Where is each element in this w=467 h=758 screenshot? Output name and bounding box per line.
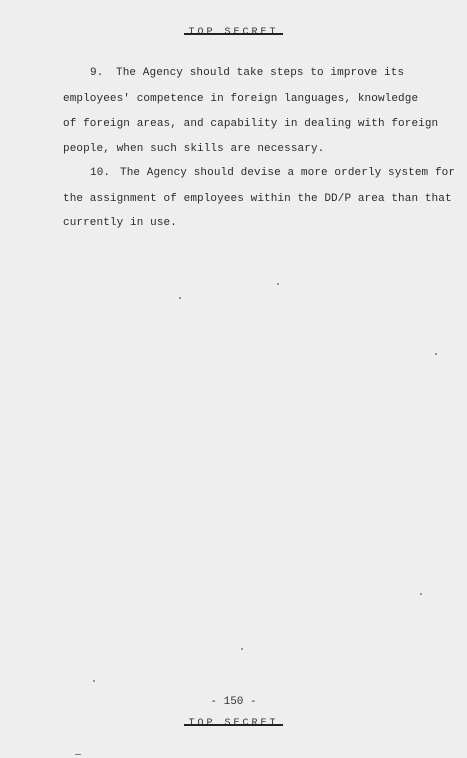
paragraph-line: The Agency should devise a more orderly … [120, 167, 455, 179]
page-number: - 150 - [0, 696, 467, 708]
speck [75, 754, 81, 755]
paragraph-line: people, when such skills are necessary. [63, 143, 324, 155]
speck [93, 680, 95, 682]
classification-footer-text: TOP SECRET [184, 718, 282, 729]
classification-header-text: TOP SECRET [184, 27, 282, 38]
paragraph-line: employees' competence in foreign languag… [63, 93, 418, 105]
speck [420, 593, 422, 595]
speck [435, 353, 437, 355]
paragraph-number: 10. [90, 167, 110, 179]
paragraph-number: 9. [90, 67, 103, 79]
classification-footer: TOP SECRET [0, 718, 467, 729]
speck [179, 297, 181, 299]
paragraph-line: currently in use. [63, 217, 177, 229]
paragraph-line: of foreign areas, and capability in deal… [63, 118, 438, 130]
document-page: TOP SECRET 9. The Agency should take ste… [0, 0, 467, 758]
classification-header: TOP SECRET [0, 27, 467, 38]
paragraph-line: the assignment of employees within the D… [63, 193, 452, 205]
speck [277, 283, 279, 285]
paragraph-line: The Agency should take steps to improve … [116, 67, 404, 79]
speck [241, 648, 243, 650]
